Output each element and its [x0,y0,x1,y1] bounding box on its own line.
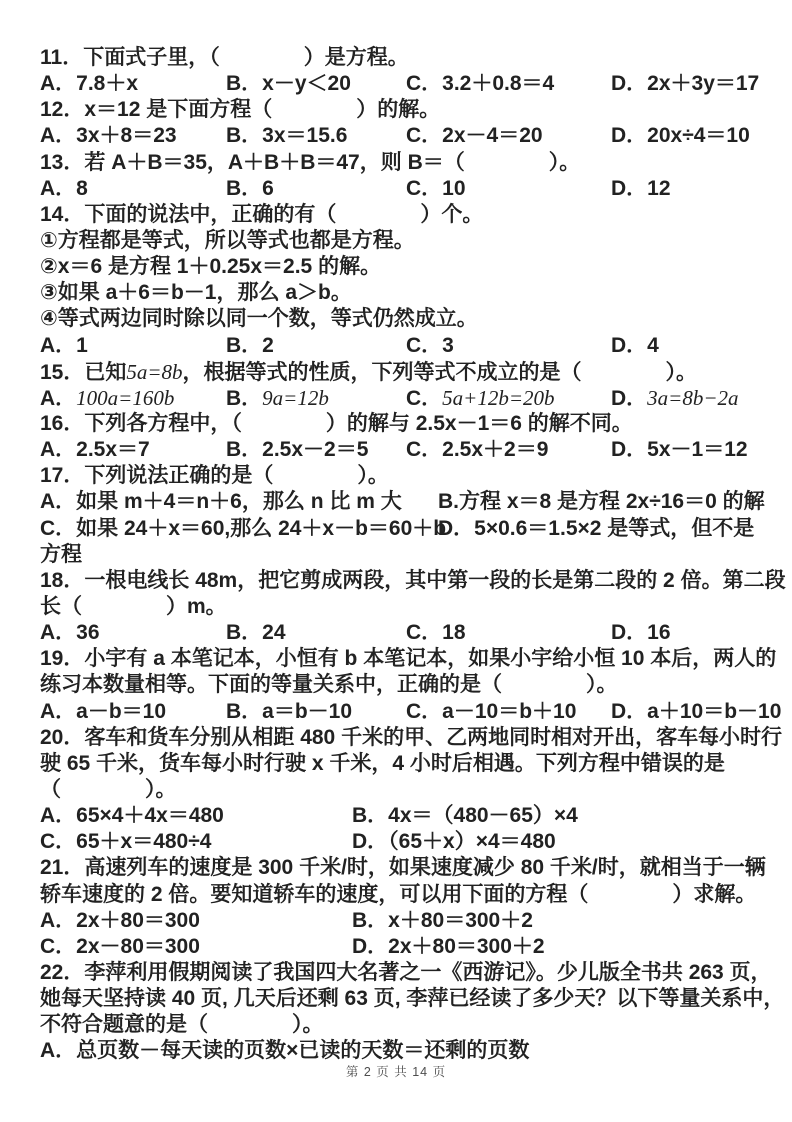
text-segment: ，根据等式的性质，下列等式不成立的是（ ）。 [183,361,698,384]
text-line: 20．客车和货车分别从相距 480 千米的甲、乙两地同时相对开出，客车每小时行 [40,725,752,751]
option-item: A．a－b＝10 [40,699,226,725]
option-item: D．16 [611,620,671,646]
text-line: ①方程都是等式，所以等式也都是方程。 [40,228,752,254]
options-row: A．1B．2C．3D．4 [40,333,752,359]
text-line: 12．x＝12 是下面方程（ ）的解。 [40,97,752,123]
option-item: C．5a+12b=20b [406,385,611,412]
option-item: A．2x＋80＝300 [40,908,352,934]
text-line: 18．一根电线长 48m，把它剪成两段，其中第一段的长是第二段的 2 倍。第二段 [40,568,752,594]
option-item: A．36 [40,620,226,646]
option-item: C．18 [406,620,611,646]
option-item: A．2.5x＝7 [40,437,226,463]
text-line: 22．李萍利用假期阅读了我国四大名著之一《西游记》。少儿版全书共 263 页， [40,960,752,986]
option-item: B．2 [226,333,406,359]
text-line: ③如果 a＋6＝b－1，那么 a＞b。 [40,280,752,306]
option-label: D． [611,387,647,410]
option-item: B．x－y＜20 [226,71,406,97]
question-line: 15．已知5a=8b，根据等式的性质，下列等式不成立的是（ ）。 [40,359,752,385]
option-item: A．8 [40,176,226,202]
option-item: B．a＝b－10 [226,699,406,725]
options-row: A．100a=160bB．9a=12bC．5a+12b=20bD．3a=8b−2… [40,385,752,411]
option-label: B． [226,387,262,410]
text-line: 13．若 A＋B＝35，A＋B＋B＝47，则 B＝（ ）。 [40,150,752,176]
options-row: A．2.5x＝7B．2.5x－2＝5C．2.5x＋2＝9D．5x－1＝12 [40,437,752,463]
text-line: 不符合题意的是（ ）。 [40,1012,752,1038]
option-item: D．20x÷4＝10 [611,123,750,149]
worksheet-page: 11．下面式子里，（ ）是方程。A．7.8＋xB．x－y＜20C．3.2＋0.8… [0,0,792,1122]
option-item: A．65×4＋4x＝480 [40,803,352,829]
text-line: 练习本数量相等。下面的等量关系中，正确的是（ ）。 [40,672,752,698]
option-item: D．5×0.6＝1.5×2 是等式，但不是 [438,516,754,542]
text-line: 21．高速列车的速度是 300 千米/时，如果速度减少 80 千米/时，就相当于… [40,855,752,881]
options-row: A．7.8＋xB．x－y＜20C．3.2＋0.8＝4D．2x＋3y＝17 [40,71,752,97]
option-item: D．5x－1＝12 [611,437,748,463]
option-item: C．3 [406,333,611,359]
option-item: C．a－10＝b＋10 [406,699,611,725]
math-expression: 5a=8b [126,360,182,384]
option-item: C．2x－4＝20 [406,123,611,149]
options-row: C．2x－80＝300D．2x＋80＝300＋2 [40,934,752,960]
option-item: D．（65＋x）×4＝480 [352,829,556,855]
math-expression: 5a+12b=20b [442,386,554,410]
option-item: B．9a=12b [226,385,406,412]
option-item: C．65＋x＝480÷4 [40,829,352,855]
option-label: C． [406,387,442,410]
page-footer: 第 2 页 共 14 页 [0,1062,792,1080]
options-row: A．3x＋8＝23B．3x＝15.6C．2x－4＝20D．20x÷4＝10 [40,123,752,149]
options-row: A．2x＋80＝300B．x＋80＝300＋2 [40,908,752,934]
text-line: ④等式两边同时除以同一个数，等式仍然成立。 [40,306,752,332]
option-item: D．3a=8b−2a [611,385,739,412]
options-row: C．如果 24＋x＝60,那么 24＋x－b＝60＋bD．5×0.6＝1.5×2… [40,516,752,542]
text-line: A．总页数－每天读的页数×已读的天数＝还剩的页数 [40,1038,752,1064]
option-item: A．100a=160b [40,385,226,412]
text-line: ②x＝6 是方程 1＋0.25x＝2.5 的解。 [40,254,752,280]
worksheet-body: 11．下面式子里，（ ）是方程。A．7.8＋xB．x－y＜20C．3.2＋0.8… [40,45,752,1064]
text-line: 她每天坚持读 40 页, 几天后还剩 63 页, 李萍已经读了多少天？以下等量关… [40,986,752,1012]
option-item: B．2.5x－2＝5 [226,437,406,463]
option-item: A．3x＋8＝23 [40,123,226,149]
options-row: A．8B．6C．10D．12 [40,176,752,202]
option-item: C．10 [406,176,611,202]
option-item: D．12 [611,176,671,202]
option-item: A．7.8＋x [40,71,226,97]
text-segment: 15．已知 [40,361,126,384]
option-item: B.方程 x＝8 是方程 2x÷16＝0 的解 [438,489,765,515]
option-label: A． [40,387,76,410]
option-item: C．2.5x＋2＝9 [406,437,611,463]
option-item: B．6 [226,176,406,202]
option-item: B．24 [226,620,406,646]
text-line: 14．下面的说法中，正确的有（ ）个。 [40,202,752,228]
options-row: A．如果 m＋4＝n＋6，那么 n 比 m 大B.方程 x＝8 是方程 2x÷1… [40,489,752,515]
text-line: 长（ ）m。 [40,594,752,620]
math-expression: 100a=160b [76,386,174,410]
text-line: 11．下面式子里，（ ）是方程。 [40,45,752,71]
option-item: D．a＋10＝b－10 [611,699,781,725]
option-item: C．如果 24＋x＝60,那么 24＋x－b＝60＋b [40,516,438,542]
option-item: B．x＋80＝300＋2 [352,908,533,934]
options-row: A．65×4＋4x＝480B．4x＝（480－65）×4 [40,803,752,829]
options-row: A．36B．24C．18D．16 [40,620,752,646]
option-item: D．2x＋3y＝17 [611,71,759,97]
math-expression: 3a=8b−2a [647,386,738,410]
text-line: 方程 [40,542,752,568]
text-line: 19．小宇有 a 本笔记本，小恒有 b 本笔记本，如果小宇给小恒 10 本后，两… [40,646,752,672]
text-line: （ ）。 [40,777,752,803]
options-row: C．65＋x＝480÷4D．（65＋x）×4＝480 [40,829,752,855]
text-line: 驶 65 千米，货车每小时行驶 x 千米，4 小时后相遇。下列方程中错误的是 [40,751,752,777]
text-line: 17．下列说法正确的是（ ）。 [40,463,752,489]
option-item: A．如果 m＋4＝n＋6，那么 n 比 m 大 [40,489,438,515]
math-expression: 9a=12b [262,386,329,410]
option-item: D．4 [611,333,659,359]
option-item: C．2x－80＝300 [40,934,352,960]
option-item: B．4x＝（480－65）×4 [352,803,578,829]
option-item: B．3x＝15.6 [226,123,406,149]
text-line: 轿车速度的 2 倍。要知道轿车的速度，可以用下面的方程（ ）求解。 [40,882,752,908]
option-item: C．3.2＋0.8＝4 [406,71,611,97]
option-item: D．2x＋80＝300＋2 [352,934,545,960]
options-row: A．a－b＝10B．a＝b－10C．a－10＝b＋10D．a＋10＝b－10 [40,699,752,725]
option-item: A．1 [40,333,226,359]
text-line: 16．下列各方程中，（ ）的解与 2.5x－1＝6 的解不同。 [40,411,752,437]
